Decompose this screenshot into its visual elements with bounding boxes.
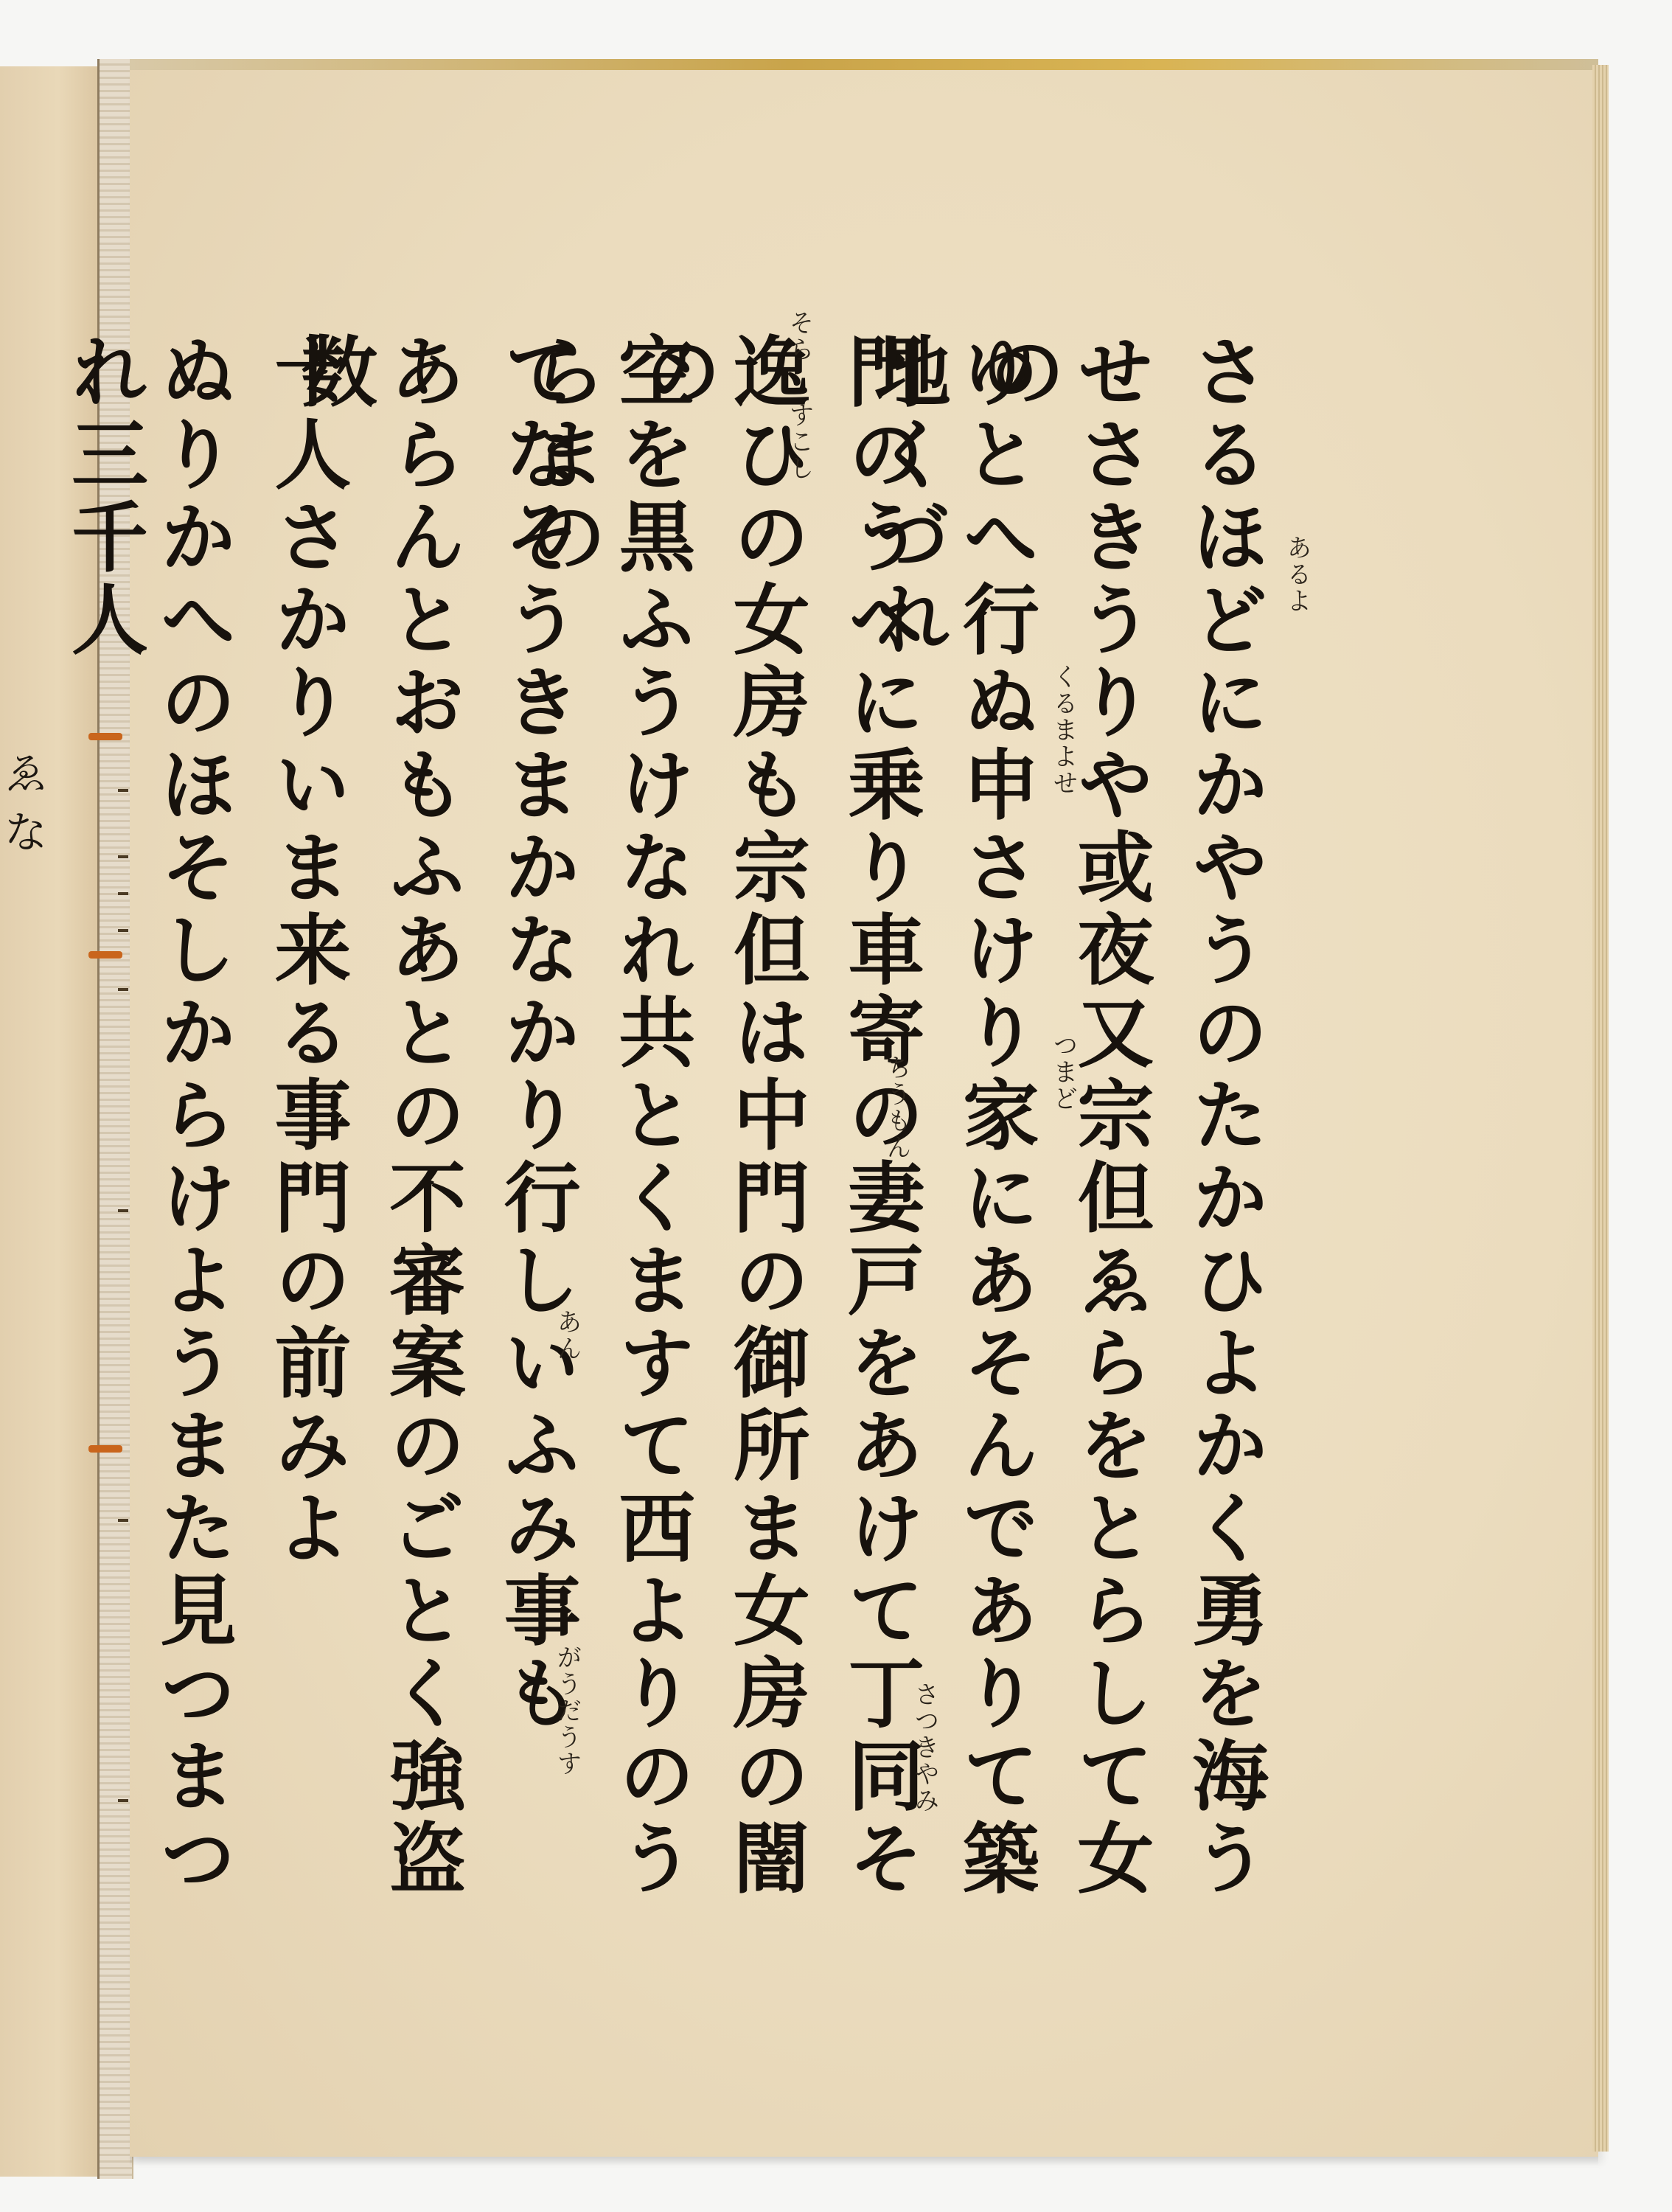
thread-mark	[118, 1519, 128, 1522]
furigana-gloss: あるよ	[1279, 535, 1315, 614]
text-column-8: あらんとおもふあとの不審案のごとく強盗数	[377, 332, 465, 1917]
furigana-gloss: そら	[781, 310, 818, 363]
thread-mark	[118, 855, 128, 858]
left-page-text-fragment: な	[4, 811, 47, 854]
furigana-gloss: さつきやみ	[907, 1681, 943, 1814]
text-column-9: 十人さかりいま来る事門の前みよ	[262, 332, 351, 1917]
text-column-10: ぬりかへのほそしからけようまた見つまつれ三千人	[147, 332, 236, 1917]
binding-stitch-icon	[88, 951, 122, 959]
text-column-5: 逸ひの女房も宗但は中門の御所ま女房の闇の	[721, 332, 809, 1917]
text-column-3: ゆとへ行ぬ申さけり家にあそんでありて築地くづれ	[950, 332, 1039, 1917]
binding-stitch-icon	[88, 733, 122, 740]
binding-stitch-icon	[88, 1445, 122, 1453]
text-column-6: 空を黒ふうけなれ共とくますて西よりのうらまの	[606, 332, 694, 1917]
furigana-gloss: つまど	[1045, 1032, 1081, 1112]
furigana-gloss: がうだうす	[549, 1644, 585, 1777]
furigana-gloss: あん	[549, 1309, 585, 1362]
text-column-2: せさきうりや或夜又宗但ゑらをとらして女の	[1065, 332, 1153, 1917]
furigana-gloss: ちうもん	[879, 1054, 915, 1161]
furigana-gloss: すこし	[781, 402, 818, 481]
text-column-1: さるほどにかやうのたかひよかく勇を海う	[1180, 332, 1268, 1917]
left-page-text-fragment: ゑ	[4, 752, 47, 795]
manuscript-text-block: さるほどにかやうのたかひよかく勇を海う せさきうりや或夜又宗但ゑらをとらして女の…	[147, 332, 1268, 1917]
thread-mark	[118, 789, 128, 792]
thread-mark	[118, 1209, 128, 1212]
thread-mark	[118, 1799, 128, 1802]
page-fore-edge	[1592, 65, 1609, 2152]
page-shadow	[130, 2157, 1598, 2166]
thread-mark	[118, 988, 128, 991]
thread-mark	[118, 929, 128, 932]
furigana-gloss: くるまよせ	[1045, 664, 1081, 796]
thread-mark	[118, 892, 128, 895]
